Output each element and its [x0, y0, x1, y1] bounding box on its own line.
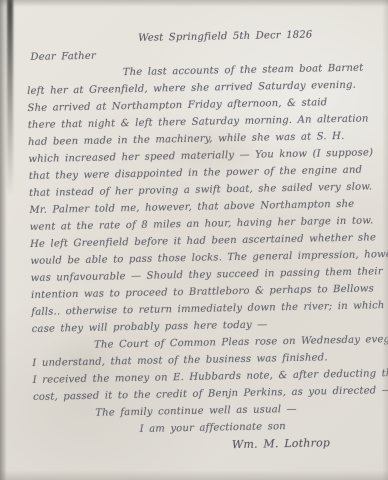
scan-edge-right — [382, 0, 388, 480]
letter-content: West Springfield 5th Decr 1826 Dear Fath… — [26, 25, 382, 457]
scan-edge-left — [0, 0, 7, 480]
scan-edge-bottom — [0, 470, 388, 480]
letter-signature: Wm. M. Lothrop — [232, 433, 382, 453]
paper-fold-shadow — [7, 0, 13, 196]
scan-edge-top — [0, 0, 388, 7]
scanned-letter-page: West Springfield 5th Decr 1826 Dear Fath… — [0, 0, 388, 480]
